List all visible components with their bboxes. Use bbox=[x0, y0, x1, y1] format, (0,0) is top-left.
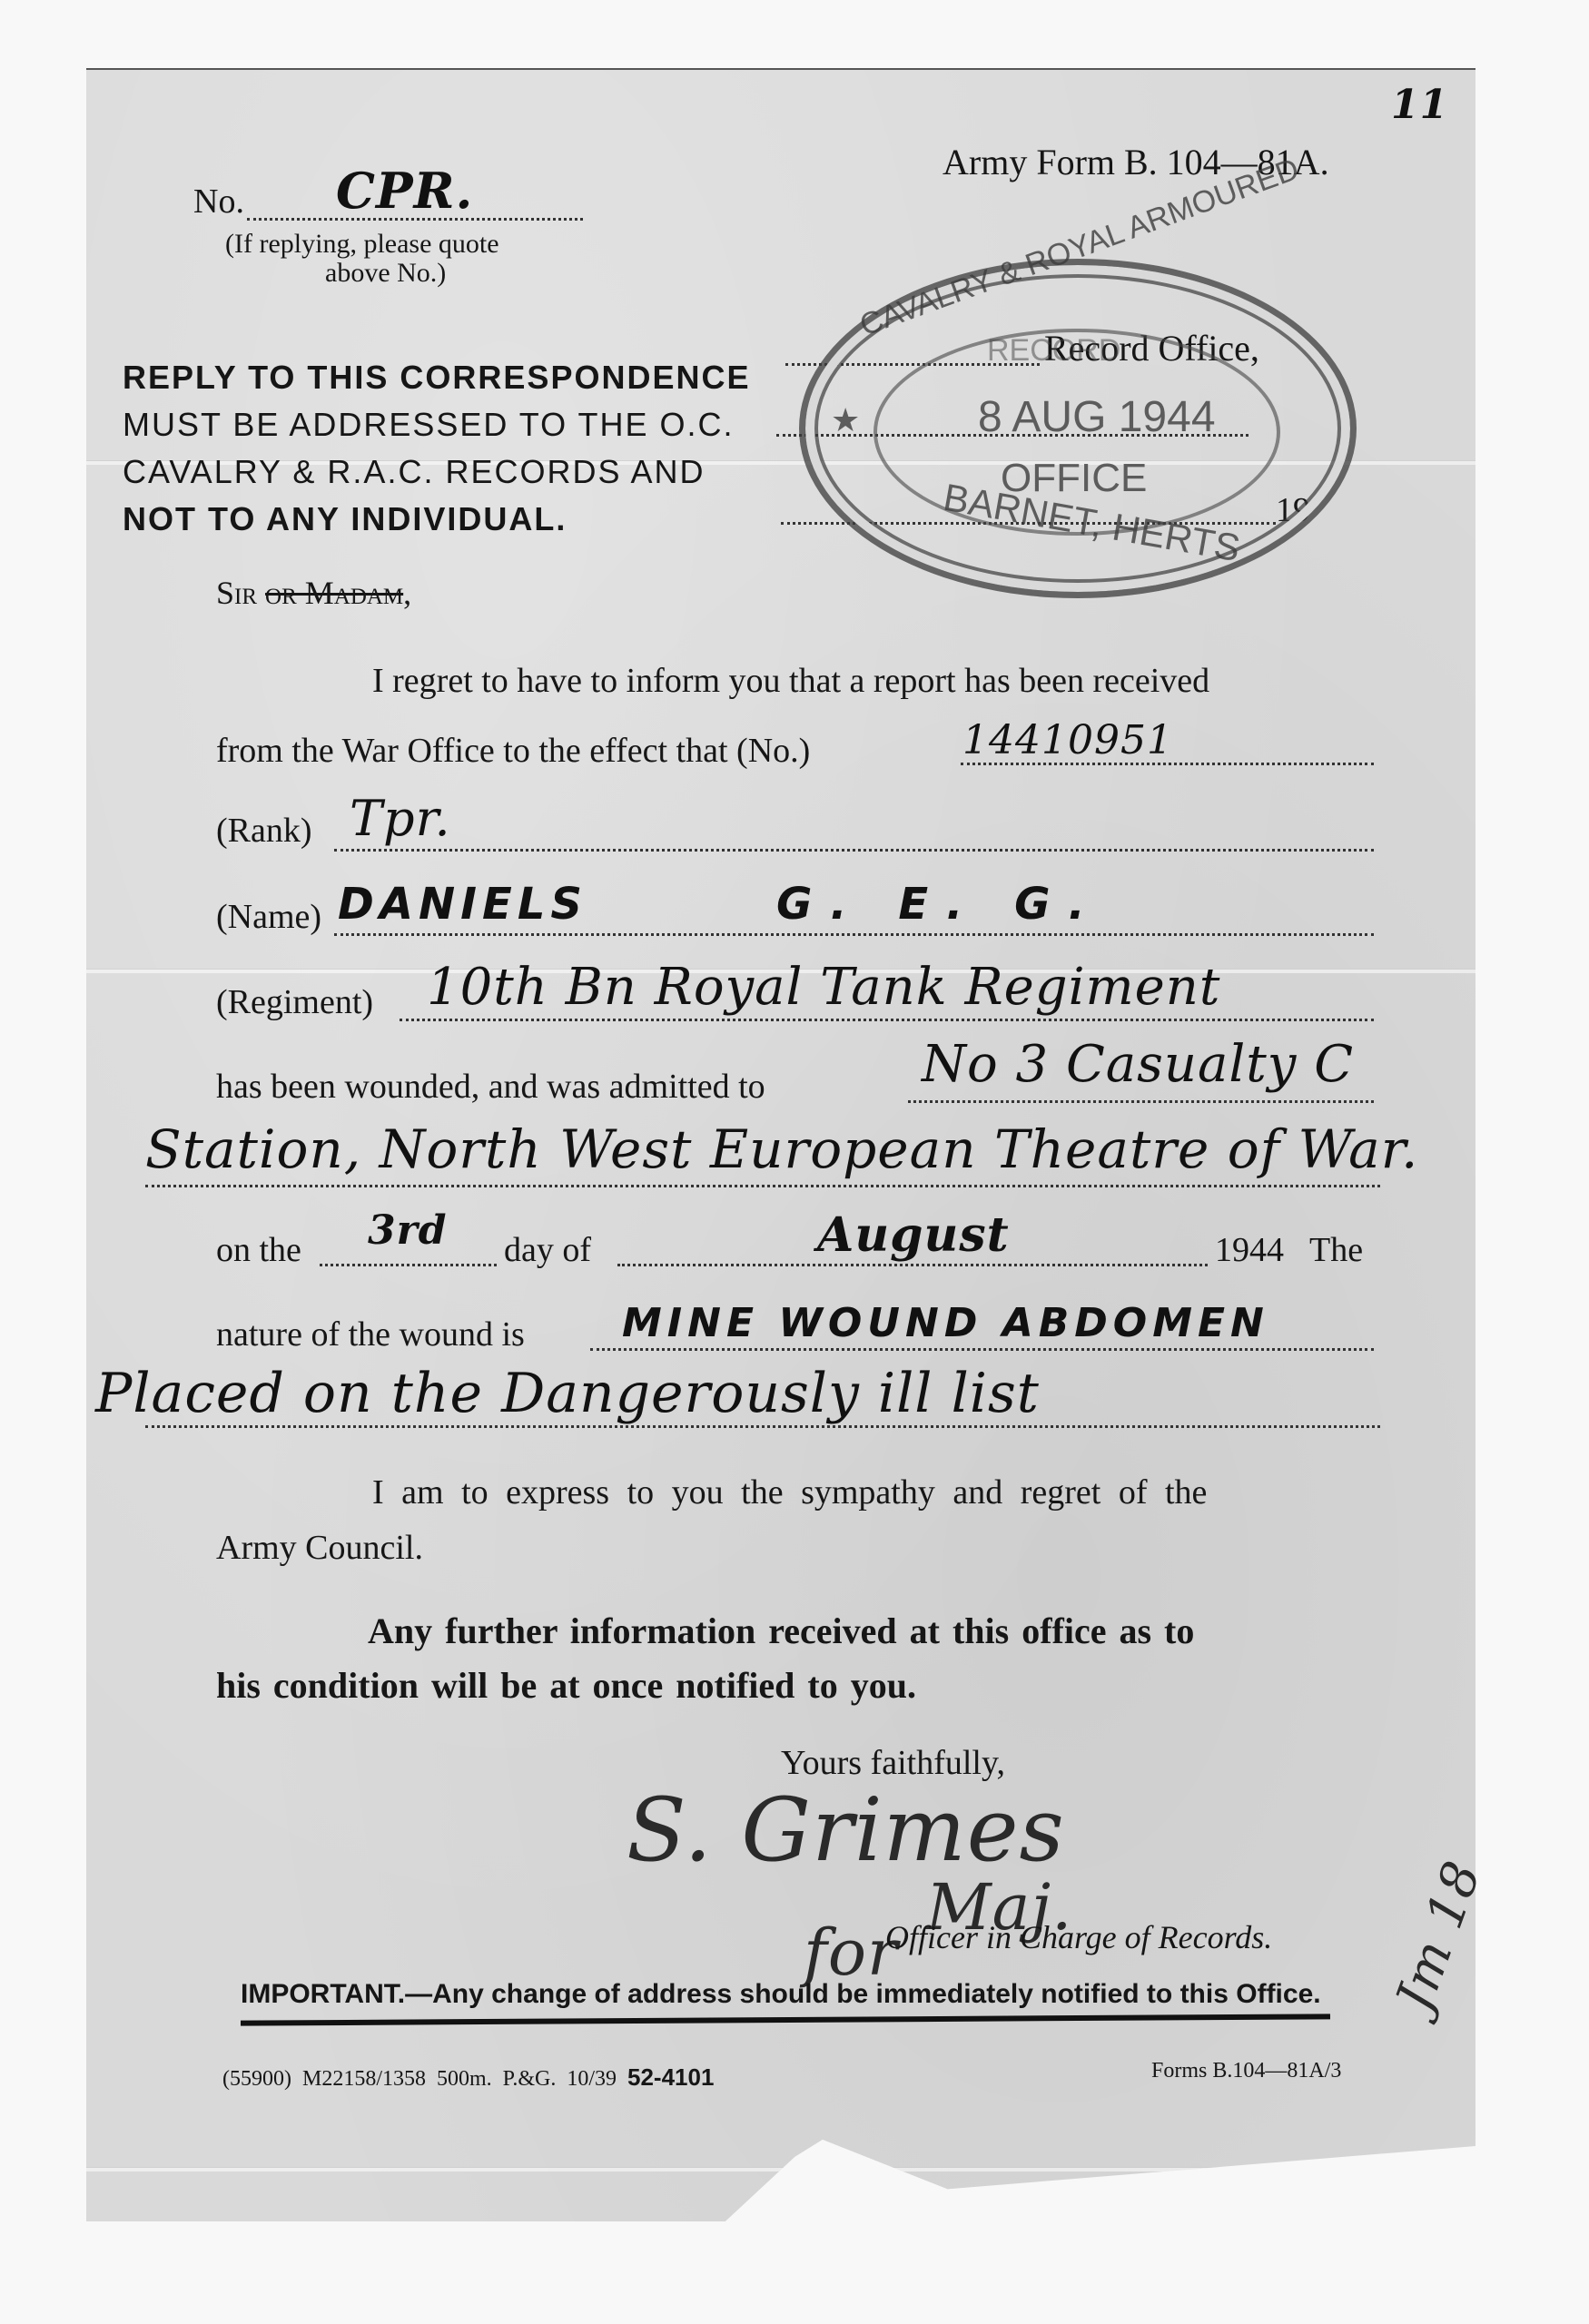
admitted-value-1: No 3 Casualty C bbox=[922, 1035, 1354, 1094]
reference-value: CPR. bbox=[336, 162, 473, 220]
admitted-line-2 bbox=[145, 1185, 1380, 1187]
important-text: —Any change of address should be immedia… bbox=[405, 1979, 1321, 2009]
reply-notice-line: MUST BE ADDRESSED TO THE O.C. bbox=[123, 401, 750, 448]
name-label: (Name) bbox=[216, 897, 321, 937]
service-number: 14410951 bbox=[962, 717, 1173, 763]
day-line bbox=[320, 1264, 497, 1266]
year-value: 1944 bbox=[1215, 1230, 1284, 1270]
day-value: 3rd bbox=[368, 1207, 448, 1254]
record-office-stamp: CAVALRY & ROYAL ARMOURED RECORD 8 AUG 19… bbox=[799, 259, 1357, 598]
reply-notice: REPLY TO THIS CORRESPONDENCE MUST BE ADD… bbox=[123, 354, 750, 543]
name-surname: DANIELS bbox=[338, 879, 587, 930]
rank-value: Tpr. bbox=[350, 790, 451, 847]
admitted-line bbox=[908, 1100, 1374, 1103]
further-line-2: his condition will be at once notified t… bbox=[216, 1664, 916, 1707]
officer-in-charge: Officer in Charge of Records. bbox=[885, 1918, 1272, 1956]
wound-value: MINE WOUND ABDOMEN bbox=[622, 1300, 1269, 1346]
rank-line bbox=[334, 849, 1374, 852]
stamp-inner-top: RECORD bbox=[987, 333, 1120, 369]
page-number: 11 bbox=[1391, 82, 1448, 128]
star-icon: ★ bbox=[831, 401, 860, 439]
reference-label: No. bbox=[193, 182, 244, 222]
important-label: IMPORTANT. bbox=[241, 1979, 405, 2009]
month-line bbox=[617, 1264, 1208, 1266]
yours-faithfully: Yours faithfully, bbox=[781, 1743, 1005, 1783]
wound-line bbox=[590, 1348, 1374, 1351]
intro-line-1: I regret to have to inform you that a re… bbox=[372, 661, 1209, 701]
admitted-value-2: Station, North West European Theatre of … bbox=[145, 1118, 1419, 1180]
reply-notice-line: REPLY TO THIS CORRESPONDENCE bbox=[123, 354, 750, 401]
rank-label: (Rank) bbox=[216, 811, 312, 851]
name-line bbox=[334, 933, 1374, 936]
sympathy-line-2: Army Council. bbox=[216, 1528, 423, 1568]
salutation-comma: , bbox=[403, 575, 411, 611]
salutation-struck: or Madam bbox=[265, 575, 403, 611]
month-value: August bbox=[817, 1207, 1010, 1263]
print-code-bold: 52-4101 bbox=[627, 2063, 714, 2091]
further-line-1: Any further information received at this… bbox=[368, 1610, 1194, 1652]
reply-notice-line: NOT TO ANY INDIVIDUAL. bbox=[123, 496, 750, 543]
print-code-text: (55900) M22158/1358 500m. P.&G. 10/39 bbox=[222, 2067, 617, 2091]
regiment-label: (Regiment) bbox=[216, 982, 373, 1022]
wound-label: nature of the wound is bbox=[216, 1315, 525, 1354]
name-initials: G. E. G. bbox=[776, 879, 1103, 930]
signature: S. Grimes bbox=[627, 1779, 1065, 1881]
stamp-date: 8 AUG 1944 bbox=[978, 392, 1216, 442]
important-notice: IMPORTANT.—Any change of address should … bbox=[241, 1979, 1321, 2010]
regiment-value: 10th Bn Royal Tank Regiment bbox=[427, 958, 1220, 1017]
intro-line-2: from the War Office to the effect that (… bbox=[216, 731, 810, 771]
sympathy-line-1: I am to express to you the sympathy and … bbox=[372, 1472, 1207, 1512]
on-the-label: on the bbox=[216, 1230, 301, 1270]
note-line bbox=[145, 1425, 1380, 1428]
salutation: Sir or Madam, bbox=[216, 574, 411, 612]
salutation-sir: Sir bbox=[216, 575, 257, 611]
the-label: The bbox=[1309, 1230, 1363, 1270]
reference-note: (If replying, please quote bbox=[225, 229, 499, 260]
print-code: (55900) M22158/1358 500m. P.&G. 10/39 52… bbox=[222, 2063, 714, 2092]
dangerously-ill-note: Placed on the Dangerously ill list bbox=[95, 1362, 1040, 1425]
paper-fold bbox=[86, 2167, 1475, 2171]
form-reference: Forms B.104—81A/3 bbox=[1151, 2059, 1341, 2083]
day-of-label: day of bbox=[504, 1230, 591, 1270]
admitted-text: has been wounded, and was admitted to bbox=[216, 1067, 765, 1107]
reference-note-2: above No.) bbox=[325, 258, 446, 289]
reply-notice-line: CAVALRY & R.A.C. RECORDS AND bbox=[123, 448, 750, 496]
regiment-line bbox=[400, 1019, 1374, 1021]
